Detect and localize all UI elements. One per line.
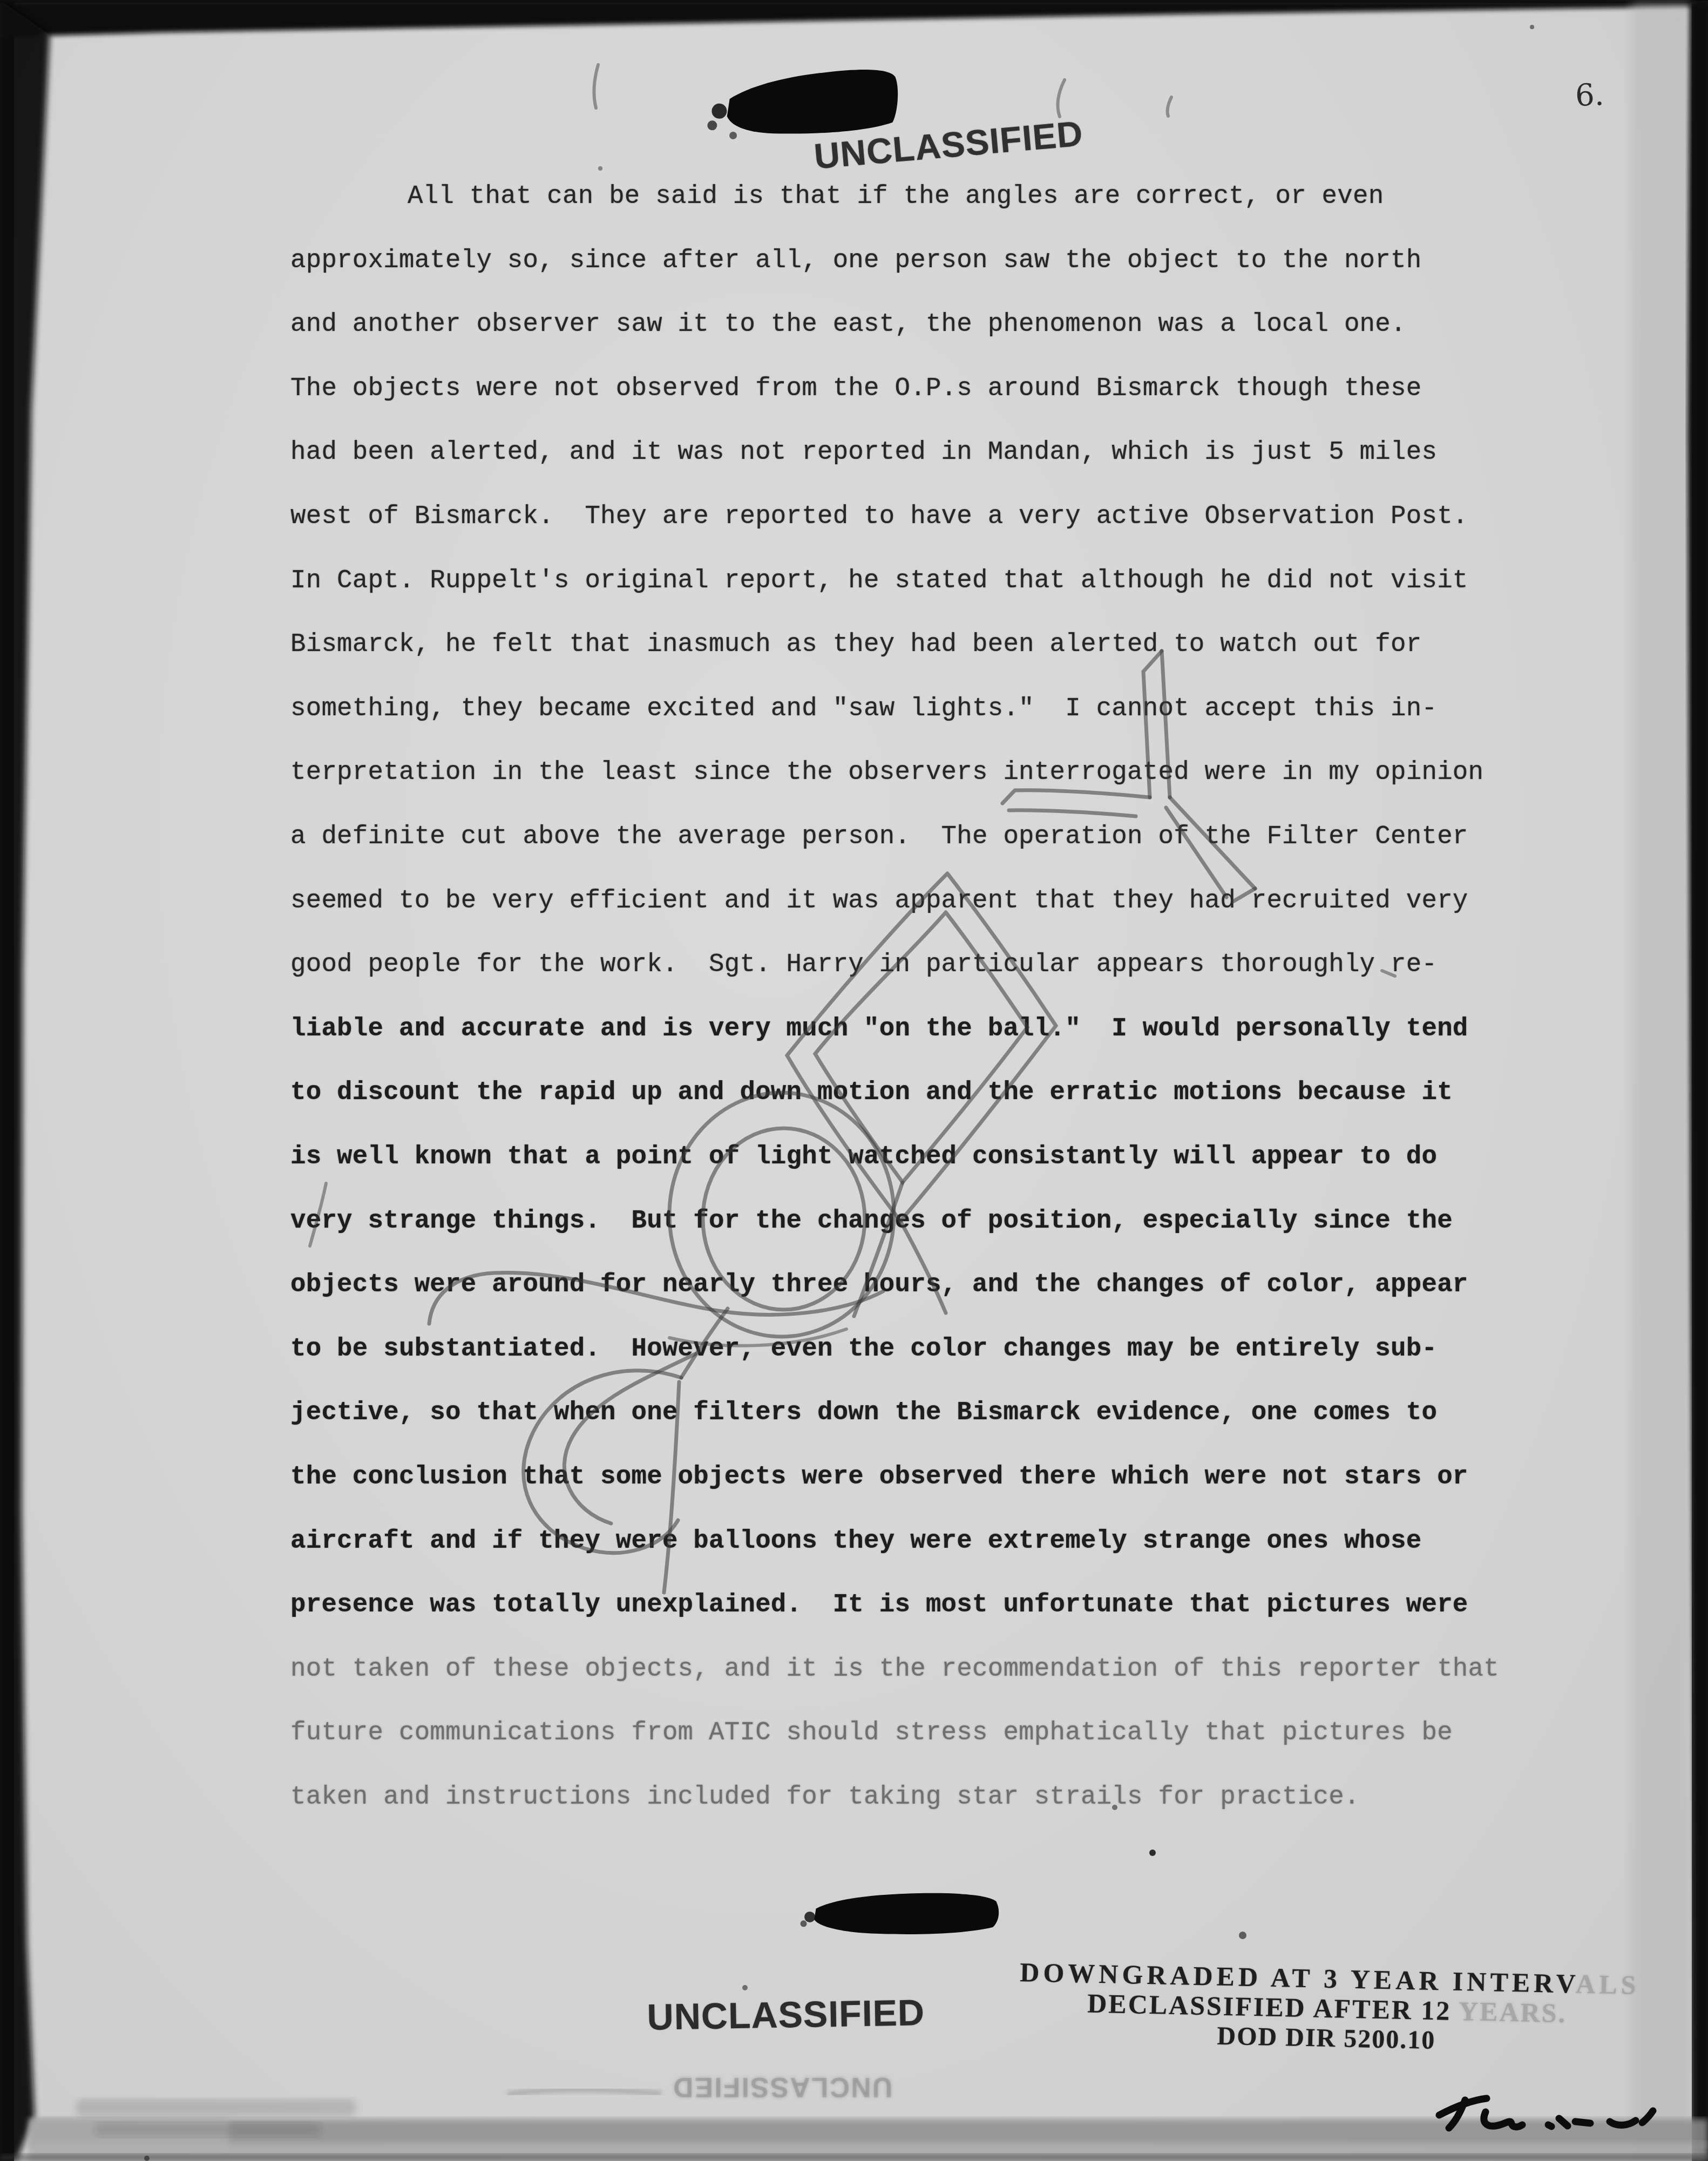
typed-line: seemed to be very efficient and it was a… bbox=[290, 889, 1468, 914]
page-number: 6. bbox=[1575, 77, 1605, 113]
typed-line: approximately so, since after all, one p… bbox=[290, 248, 1421, 274]
scanned-document: UNCLASSIFIED All that can be said is tha… bbox=[0, 0, 1708, 2161]
typed-line: taken and instructions included for taki… bbox=[290, 1785, 1360, 1811]
typed-line: good people for the work. Sgt. Harry in … bbox=[290, 952, 1437, 978]
typed-line: a definite cut above the average person.… bbox=[290, 824, 1468, 850]
typed-line: and another observer saw it to the east,… bbox=[290, 312, 1406, 338]
typed-line: had been alerted, and it was not reporte… bbox=[290, 440, 1437, 466]
typed-line: The objects were not observed from the O… bbox=[290, 376, 1421, 402]
typed-line: liable and accurate and is very much "on… bbox=[290, 1017, 1468, 1042]
typed-line: In Capt. Ruppelt's original report, he s… bbox=[290, 568, 1468, 594]
typed-line: the conclusion that some objects were ob… bbox=[290, 1465, 1468, 1491]
typed-line: is well known that a point of light watc… bbox=[290, 1144, 1437, 1170]
typed-line: Bismarck, he felt that inasmuch as they … bbox=[290, 632, 1421, 658]
typed-line: aircraft and if they were balloons they … bbox=[290, 1529, 1421, 1555]
typed-line: something, they became excited and "saw … bbox=[290, 696, 1437, 722]
typed-line: future communications from ATIC should s… bbox=[290, 1720, 1453, 1746]
typed-line: to be substantiated. However, even the c… bbox=[290, 1337, 1437, 1363]
typed-line: jective, so that when one filters down t… bbox=[290, 1400, 1437, 1426]
typed-line: very strange things. But for the changes… bbox=[290, 1209, 1453, 1235]
typed-line: objects were around for nearly three hou… bbox=[290, 1272, 1468, 1298]
typed-line: terpretation in the least since the obse… bbox=[290, 760, 1483, 786]
typed-line: not taken of these objects, and it is th… bbox=[290, 1657, 1499, 1683]
ghost-unclassified-stamp: UNCLASSIFIED bbox=[672, 2071, 892, 2103]
downgrade-stamp: DOWNGRADED AT 3 YEAR INTERVALS DECLASSIF… bbox=[1019, 1957, 1636, 2060]
typed-line: to discount the rapid up and down motion… bbox=[290, 1080, 1453, 1106]
typed-line: west of Bismarck. They are reported to h… bbox=[290, 504, 1468, 530]
unclassified-stamp-bottom: UNCLASSIFIED bbox=[647, 1991, 925, 2038]
typed-line: presence was totally unexplained. It is … bbox=[290, 1593, 1468, 1618]
typed-line: All that can be said is that if the angl… bbox=[408, 184, 1384, 210]
